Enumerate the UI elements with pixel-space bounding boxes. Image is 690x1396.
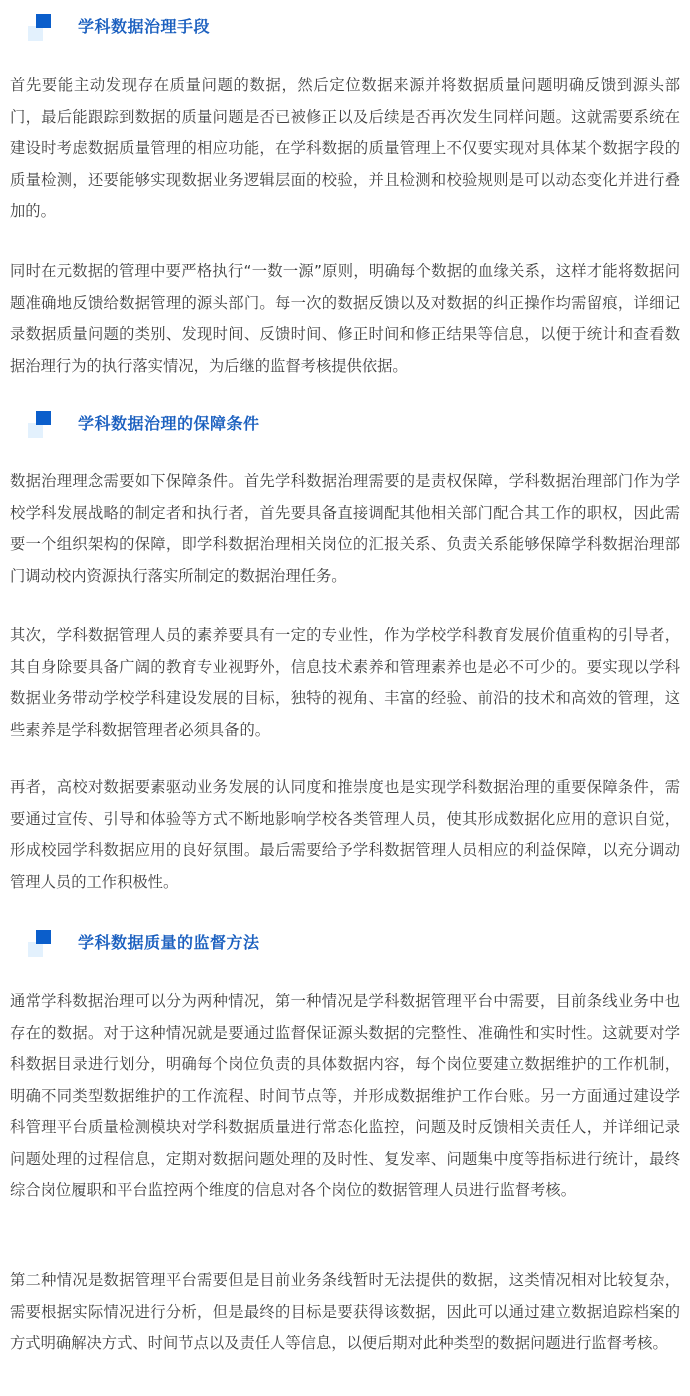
paragraph: 第二种情况是数据管理平台需要但是目前业务条线暂时无法提供的数据，这类情况相对比较… — [10, 1265, 680, 1360]
paragraph: 首先要能主动发现存在质量问题的数据，然后定位数据来源并将数据质量问题明确反馈到源… — [10, 70, 680, 228]
paragraph: 再者，高校对数据要素驱动业务发展的认同度和推崇度也是实现学科数据治理的重要保障条… — [10, 772, 680, 898]
paragraph: 通常学科数据治理可以分为两种情况，第一种情况是学科数据管理平台中需要，目前条线业… — [10, 986, 680, 1207]
paragraph: 其次，学科数据管理人员的素养要具有一定的专业性，作为学校学科教育发展价值重构的引… — [10, 620, 680, 746]
heading-decoration-dark-square-icon — [36, 411, 51, 425]
heading-decoration-light-square-icon — [28, 26, 43, 41]
section-title: 学科数据治理手段 — [78, 16, 210, 38]
section-heading-governance-means: 学科数据治理手段 — [0, 4, 690, 44]
section-title: 学科数据质量的监督方法 — [78, 932, 260, 954]
section-heading-supervision-methods: 学科数据质量的监督方法 — [0, 920, 690, 960]
section-heading-safeguard-conditions: 学科数据治理的保障条件 — [0, 401, 690, 441]
heading-decoration-light-square-icon — [28, 423, 43, 438]
heading-decoration-dark-square-icon — [36, 14, 51, 28]
section-title: 学科数据治理的保障条件 — [78, 413, 260, 435]
paragraph: 数据治理理念需要如下保障条件。首先学科数据治理需要的是责权保障，学科数据治理部门… — [10, 466, 680, 592]
heading-decoration-light-square-icon — [28, 942, 43, 957]
paragraph: 同时在元数据的管理中要严格执行“一数一源”原则，明确每个数据的血缘关系，这样才能… — [10, 256, 680, 382]
heading-decoration-dark-square-icon — [36, 930, 51, 944]
